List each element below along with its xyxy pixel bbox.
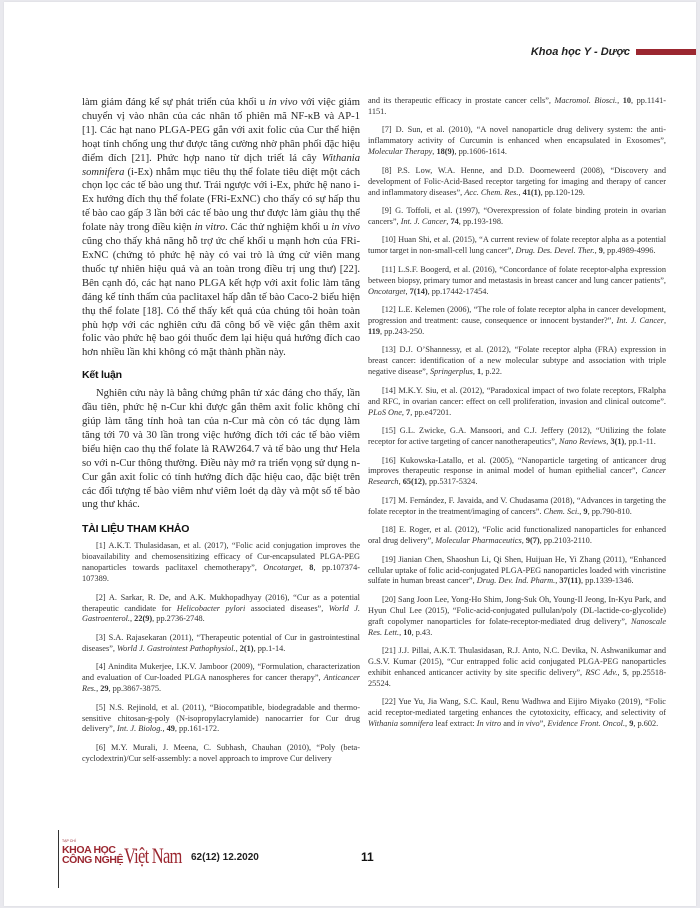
reference-item: [15] G.L. Zwicke, G.A. Mansoori, and C.J… (368, 426, 666, 448)
right-column: and its therapeutic efficacy in prostate… (368, 96, 666, 738)
reference-journal: Int. J. Cancer (616, 316, 663, 325)
reference-item: [20] Sang Joon Lee, Yong-Ho Shim, Jong-S… (368, 595, 666, 639)
reference-volume: 2(1) (240, 644, 254, 653)
reference-item: [13] D.J. O’Shannessy, et al. (2012), “F… (368, 345, 666, 378)
reference-volume: 10 (403, 628, 411, 637)
reference-journal: Molecular Pharmaceutics (435, 536, 521, 545)
reference-item: [6] M.Y. Murali, J. Meena, C. Subhash, C… (82, 743, 360, 765)
reference-volume: 7(14) (410, 287, 428, 296)
logo-tag: TẠP CHÍ (62, 840, 123, 844)
reference-volume: 9 (583, 507, 587, 516)
reference-journal: Molecular Therapy (368, 147, 432, 156)
reference-journal: Oncotarget (263, 563, 300, 572)
reference-item: [2] A. Sarkar, R. De, and A.K. Mukhopadh… (82, 593, 360, 626)
reference-journal: Evidence Front. Oncol. (547, 719, 625, 728)
reference-volume: 1 (477, 367, 481, 376)
discussion-paragraph: làm giảm đáng kể sự phát triển của khối … (82, 96, 360, 360)
reference-journal: World J. Gastrointest Pathophysiol. (117, 644, 236, 653)
reference-volume: 74 (451, 217, 459, 226)
reference-item: [9] G. Toffoli, et al. (1997), “Overexpr… (368, 206, 666, 228)
reference-item: [8] P.S. Low, W.A. Henne, and D.D. Doorn… (368, 166, 666, 199)
reference-item: [17] M. Fernández, F. Javaida, and V. Ch… (368, 496, 666, 518)
reference-journal: Macromol. Biosci. (555, 96, 618, 105)
reference-journal: Acc. Chem. Res. (464, 188, 518, 197)
reference-volume: 9 (629, 719, 633, 728)
section-label: Khoa học Y - Dược (531, 46, 630, 58)
reference-volume: 9(7) (526, 536, 540, 545)
reference-volume: 5 (623, 668, 627, 677)
reference-item: [21] J.J. Pillai, A.K.T. Thulasidasan, R… (368, 646, 666, 690)
reference-item: [1] A.K.T. Thulasidasan, et al. (2017), … (82, 541, 360, 585)
reference-list-left: [1] A.K.T. Thulasidasan, et al. (2017), … (82, 541, 360, 764)
reference-volume: 29 (100, 684, 108, 693)
reference-item: [11] L.S.F. Boogerd, et al. (2016), “Con… (368, 265, 666, 298)
page-footer: TẠP CHÍ KHOA HỌC CÔNG NGHỆ Việt Nam 62(1… (58, 840, 259, 866)
journal-page: Khoa học Y - Dược làm giảm đáng kể sự ph… (4, 2, 696, 906)
reference-item: [18] E. Roger, et al. (2012), “Folic aci… (368, 525, 666, 547)
reference-journal: RSC Adv. (585, 668, 617, 677)
reference-item: [12] L.E. Kelemen (2006), “The role of f… (368, 305, 666, 338)
conclusion-paragraph: Nghiên cứu này là bằng chứng phân tử xác… (82, 387, 360, 512)
reference-item: [4] Anindita Mukerjee, I.K.V. Jamboor (2… (82, 662, 360, 695)
reference-journal: Springerplus (430, 367, 473, 376)
reference-volume: 22(9) (134, 614, 152, 623)
footer-divider (58, 830, 59, 888)
reference-item: [22] Yue Yu, Jia Wang, S.C. Kaul, Renu W… (368, 697, 666, 730)
reference-volume: 65(12) (403, 477, 425, 486)
reference-volume: 18(9) (436, 147, 454, 156)
logo-line-2: CÔNG NGHỆ (62, 855, 123, 866)
reference-volume: 3(1) (610, 437, 624, 446)
reference-journal: Drug. Dev. Ind. Pharm. (477, 576, 555, 585)
left-column: làm giảm đáng kể sự phát triển của khối … (82, 96, 360, 772)
reference-item: [19] Jianian Chen, Shaoshun Li, Qi Shen,… (368, 555, 666, 588)
section-accent-bar (636, 49, 696, 55)
reference-journal: Chem. Sci. (544, 507, 580, 516)
reference-item: [5] N.S. Rejinold, et al. (2011), “Bioco… (82, 703, 360, 736)
reference-volume: 37(11) (559, 576, 581, 585)
reference-item-continued: and its therapeutic efficacy in prostate… (368, 96, 666, 118)
reference-item: [10] Huan Shi, et al. (2015), “A current… (368, 235, 666, 257)
reference-journal: PLoS One (368, 408, 402, 417)
reference-journal: Oncotarget (368, 287, 405, 296)
reference-item: [14] M.K.Y. Siu, et al. (2012), “Paradox… (368, 386, 666, 419)
logo-script: Việt Nam (124, 846, 182, 866)
reference-list-right: and its therapeutic efficacy in prostate… (368, 96, 666, 730)
reference-journal: Anticancer Res. (82, 673, 360, 693)
reference-journal: Drug. Des. Devel. Ther. (516, 246, 595, 255)
reference-volume: 8 (309, 563, 313, 572)
reference-journal: Nanoscale Res. Lett. (368, 617, 666, 637)
reference-journal: Nano Reviews (559, 437, 606, 446)
conclusion-heading: Kết luận (82, 369, 360, 381)
reference-volume: 9 (599, 246, 603, 255)
reference-volume: 10 (623, 96, 631, 105)
reference-item: [3] S.A. Rajasekaran (2011), “Therapeuti… (82, 633, 360, 655)
reference-item: [16] Kukowska-Latallo, et al. (2005), “N… (368, 456, 666, 489)
reference-journal: Int. J. Cancer (401, 217, 447, 226)
reference-journal: Int. J. Biolog. (117, 724, 162, 733)
page-number: 11 (361, 850, 374, 864)
reference-volume: 49 (167, 724, 175, 733)
reference-item: [7] D. Sun, et al. (2010), “A novel nano… (368, 125, 666, 158)
issue-number: 62(12) 12.2020 (191, 852, 259, 863)
reference-volume: 41(1) (523, 188, 541, 197)
reference-volume: 119 (368, 327, 380, 336)
reference-volume: 7 (406, 408, 410, 417)
section-header: Khoa học Y - Dược (531, 46, 696, 58)
journal-logo: TẠP CHÍ KHOA HỌC CÔNG NGHỆ Việt Nam (62, 840, 201, 866)
references-heading: TÀI LIỆU THAM KHẢO (82, 523, 360, 535)
